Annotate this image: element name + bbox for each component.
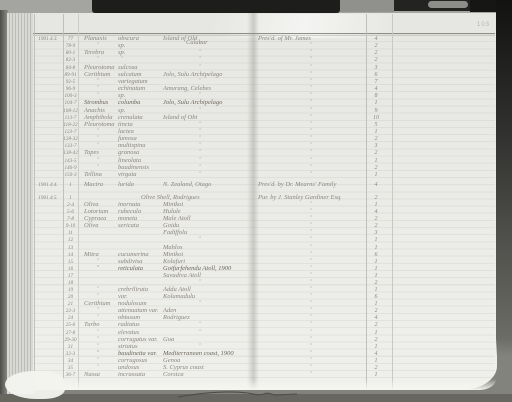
- donor-ditto: ″: [310, 171, 312, 180]
- count-cell: 1: [367, 171, 385, 180]
- locality-cell-line2: Calabar: [186, 39, 208, 48]
- genus-cell: Pleurotoma: [84, 121, 114, 130]
- page-number-stamp: 103: [477, 22, 490, 28]
- genus-cell: Nassa: [84, 371, 100, 380]
- locality-cell: ″: [199, 279, 201, 288]
- backdrop-gray-patch: [340, 0, 394, 12]
- header-rule: [33, 33, 495, 34]
- backdrop-light-object: [428, 1, 468, 8]
- locality-cell: ″: [199, 329, 201, 338]
- date-cell: 1901.4.4.: [34, 181, 62, 190]
- register-photo: 103 1901.4.3.Pres'd. of Mr. James77Plana…: [0, 0, 512, 402]
- column-rule-count: [392, 14, 393, 389]
- species-cell: virgata: [118, 171, 137, 180]
- locality-cell: Rodriguez: [163, 314, 190, 323]
- species-cell: incrassata: [118, 371, 145, 380]
- date-cell: 1901.4.3.: [34, 35, 62, 44]
- species-cell: sericata: [118, 222, 139, 231]
- donor-cell: Pur. by J. Stanley Gardiner Esq.: [258, 194, 342, 203]
- left-page-stack-edge: [7, 13, 34, 394]
- locality-cell: Island of Obi: [163, 114, 197, 123]
- genus-cell: Terebra: [84, 49, 104, 58]
- count-cell: 1: [367, 371, 385, 380]
- genus-cell: Mactra: [84, 181, 103, 190]
- locality-cell: N. Zealand, Otago: [163, 181, 211, 190]
- locality-cell: Fadiffolu: [163, 229, 187, 238]
- page-corner-highlight: [5, 371, 65, 399]
- locality-cell: ″: [199, 300, 201, 309]
- donor-ditto: ″: [310, 371, 312, 380]
- genus-cell: Planaxis: [84, 35, 107, 44]
- genus-cell: ″: [97, 265, 99, 274]
- locality-cell: Kolumadulu: [163, 293, 195, 302]
- date-cell: 1901.4.5.: [34, 194, 62, 203]
- regno-cell: 1: [61, 181, 80, 190]
- ribbon-mark: [176, 389, 300, 400]
- locality-cell: ″: [199, 107, 201, 116]
- species-cell: lurida: [118, 181, 134, 190]
- locality-cell: Goa: [163, 336, 174, 345]
- species-cell: reticulata: [118, 265, 143, 274]
- locality-cell: Amurang, Celebes: [163, 85, 211, 94]
- donor-cell: Pres'd. of Mr. James: [258, 35, 311, 44]
- locality-cell: ″: [199, 236, 201, 245]
- count-cell: 4: [367, 181, 385, 190]
- regno-cell: 150-3: [61, 171, 80, 180]
- donor-cell: Pres'd. by Dr. Mearns' Family: [258, 181, 336, 190]
- cover-right-edge: [496, 0, 512, 356]
- locality-cell: Suvadiva Atoll: [163, 272, 201, 281]
- locality-cell: Corsica: [163, 371, 184, 380]
- locality-cell: Jolo, Sulu Archipelago: [163, 99, 222, 108]
- locality-cell: Jolo, Sulu Archipelago: [163, 71, 222, 80]
- genus-cell: Tellina: [84, 171, 102, 180]
- locality-cell: ″: [199, 171, 201, 180]
- genus-cell: Oliva: [84, 222, 98, 231]
- backdrop-dark-strip: [92, 0, 340, 13]
